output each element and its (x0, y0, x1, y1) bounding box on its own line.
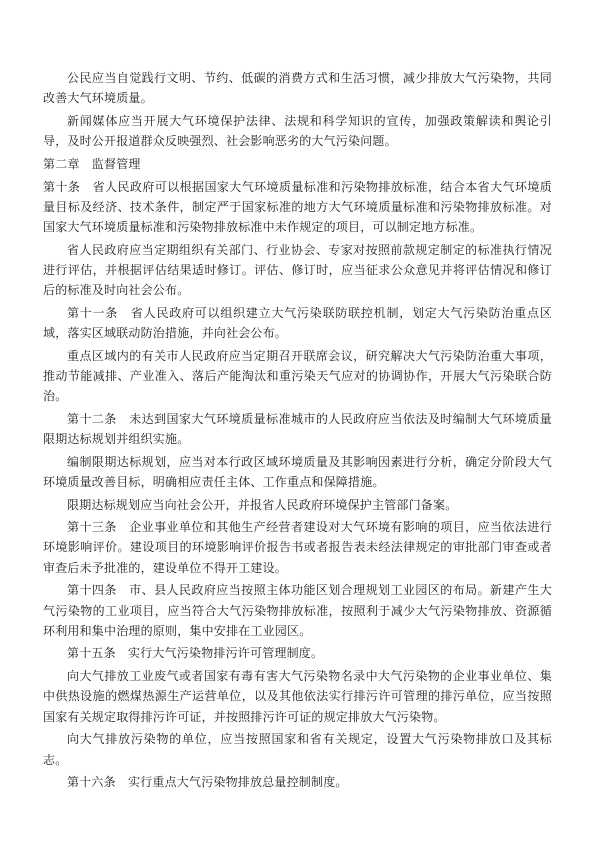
article-11-paragraph: 第十一条 省人民政府可以组织建立大气污染联防联控机制，划定大气污染防治重点区域，… (43, 303, 552, 343)
document-page: 公民应当自觉践行文明、节约、低碳的消费方式和生活习惯，减少排放大气污染物，共同改… (0, 0, 595, 841)
article-12-paragraph: 第十二条 未达到国家大气环境质量标准城市的人民政府应当依法及时编制大气环境质量限… (43, 409, 552, 449)
chapter-2-heading: 第二章 监督管理 (43, 154, 552, 174)
article-13-paragraph: 第十三条 企业事业单位和其他生产经营者建设对大气环境有影响的项目，应当依法进行环… (43, 517, 552, 578)
article-15-paragraph-3: 向大气排放污染物的单位，应当按照国家和省有关规定，设置大气污染物排放口及其标志。 (43, 729, 552, 769)
article-16-paragraph: 第十六条 实行重点大气污染物排放总量控制制度。 (43, 772, 552, 792)
paragraph-news-media: 新闻媒体应当开展大气环境保护法律、法规和科学知识的宣传，加强政策解读和舆论引导，… (43, 111, 552, 151)
article-11-paragraph-2: 重点区域内的有关市人民政府应当定期召开联席会议，研究解决大气污染防治重大事项，推… (43, 346, 552, 407)
article-14-paragraph: 第十四条 市、县人民政府应当按照主体功能区划合理规划工业园区的布局。新建产生大气… (43, 580, 552, 641)
document-body: 公民应当自觉践行文明、节约、低碳的消费方式和生活习惯，减少排放大气污染物，共同改… (43, 68, 552, 795)
paragraph-citizens-duty: 公民应当自觉践行文明、节约、低碳的消费方式和生活习惯，减少排放大气污染物，共同改… (43, 68, 552, 108)
article-10-paragraph-2: 省人民政府应当定期组织有关部门、行业协会、专家对按照前款规定制定的标准执行情况进… (43, 240, 552, 301)
article-15-paragraph: 第十五条 实行大气污染物排污许可管理制度。 (43, 643, 552, 663)
article-10-paragraph: 第十条 省人民政府可以根据国家大气环境质量标准和污染物排放标准，结合本省大气环境… (43, 177, 552, 238)
article-12-paragraph-2: 编制限期达标规划，应当对本行政区域环境质量及其影响因素进行分析，确定分阶段大气环… (43, 452, 552, 492)
article-15-paragraph-2: 向大气排放工业废气或者国家有毒有害大气污染物名录中大气污染物的企业事业单位、集中… (43, 666, 552, 727)
article-12-paragraph-3: 限期达标规划应当向社会公开，并报省人民政府环境保护主管部门备案。 (43, 495, 552, 515)
